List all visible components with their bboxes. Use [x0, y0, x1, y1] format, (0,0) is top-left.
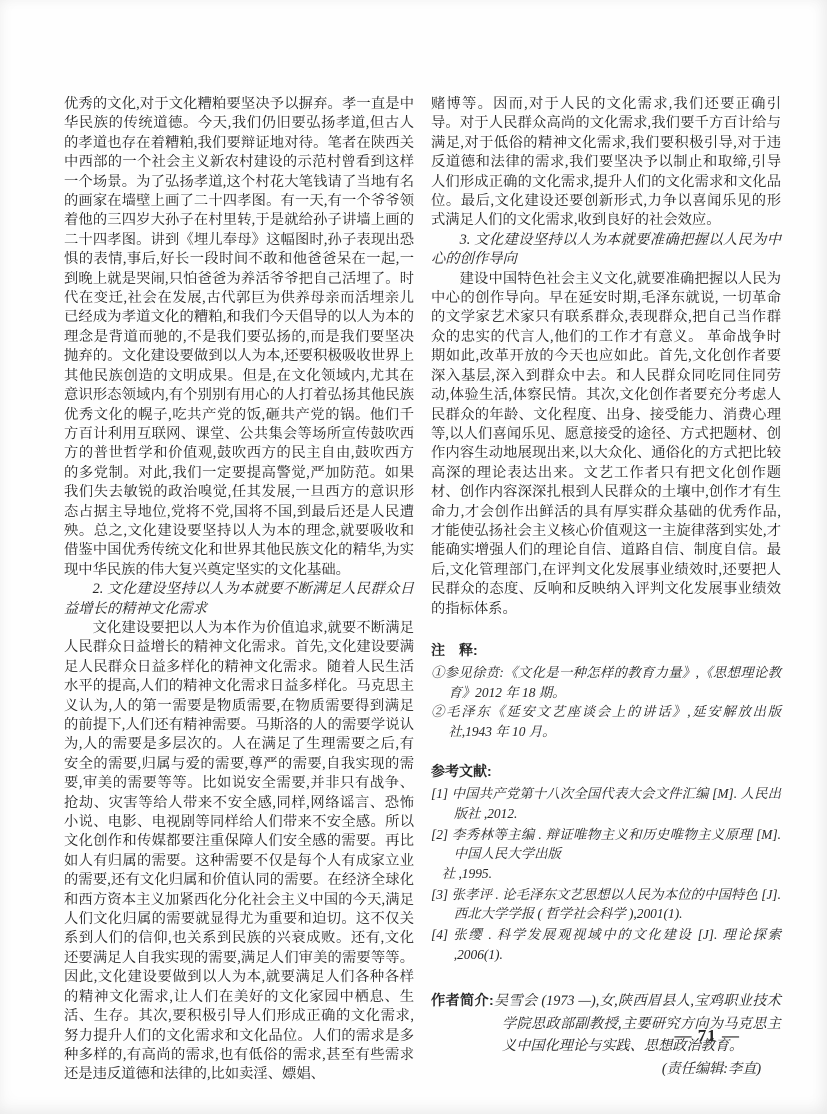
note-item-2: ②毛泽东《延安文艺座谈会上的讲话》,延安解放出版社,1943 年 10 月。	[431, 702, 781, 741]
editor-credit: (责任编辑:李直)	[431, 1058, 781, 1081]
reference-item-3: [3] 张孝评 . 论毛泽东文艺思想以人民为本位的中国特色 [J]. 西北大学学…	[431, 885, 781, 924]
reference-item-1: [1] 中国共产党第十八次全国代表大会文件汇编 [M]. 人民出版社 ,2012…	[431, 784, 781, 823]
section-heading-3: 3. 文化建设坚持以人为本就要准确把握以人民为中心的创作导向	[431, 231, 781, 270]
left-column: 优秀的文化,对于文化糟粕要坚决予以摒弃。孝一直是中华民族的传统道德。今天,我们仍…	[64, 95, 414, 1085]
journal-page: 优秀的文化,对于文化糟粕要坚决予以摒弃。孝一直是中华民族的传统道德。今天,我们仍…	[0, 0, 827, 1114]
references-title: 参考文献:	[431, 761, 781, 781]
paragraph-section-2: 文化建设要把以人为本作为价值追求,就要不断满足人民群众日益增长的精神文化需求。首…	[64, 619, 414, 1085]
author-bio-line: 作者简介:吴雪会 (1973 —),女,陕西眉县人,宝鸡职业技术学院思政部副教授…	[431, 990, 781, 1058]
right-column: 赌博等。因而,对于人民的文化需求,我们还要正确引导。对于人民群众高尚的文化需求,…	[431, 95, 781, 1085]
reference-item-4: [4] 张缨 . 科学发展观视域中的文化建设 [J]. 理论探索 ,2006(1…	[431, 925, 781, 964]
paragraph-continued-from-previous-page: 优秀的文化,对于文化糟粕要坚决予以摒弃。孝一直是中华民族的传统道德。今天,我们仍…	[64, 95, 414, 580]
section-heading-2: 2. 文化建设坚持以人为本就要不断满足人民群众日益增长的精神文化需求	[64, 580, 414, 619]
paragraph-section-3: 建设中国特色社会主义文化,就要准确把握以人民为中心的创作导向。早在延安时期,毛泽…	[431, 270, 781, 619]
reference-item-2-continuation: 社 ,1995.	[431, 864, 781, 883]
page-number: — 71 —	[675, 1026, 741, 1046]
notes-title: 注 释:	[431, 640, 781, 660]
note-item-1: ①参见徐贲:《文化是一种怎样的教育力量》,《思想理论教育》2012 年 18 期…	[431, 663, 781, 702]
reference-item-2: [2] 李秀林等主编 . 辩证唯物主义和历史唯物主义原理 [M]. 中国人民大学…	[431, 825, 781, 864]
paragraph-section-2-end: 赌博等。因而,对于人民的文化需求,我们还要正确引导。对于人民群众高尚的文化需求,…	[431, 95, 781, 231]
references-section: 参考文献: [1] 中国共产党第十八次全国代表大会文件汇编 [M]. 人民出版社…	[431, 761, 781, 964]
notes-section: 注 释: ①参见徐贲:《文化是一种怎样的教育力量》,《思想理论教育》2012 年…	[431, 640, 781, 741]
two-column-layout: 优秀的文化,对于文化糟粕要坚决予以摒弃。孝一直是中华民族的传统道德。今天,我们仍…	[0, 0, 827, 1085]
author-bio-label: 作者简介:	[431, 993, 494, 1009]
